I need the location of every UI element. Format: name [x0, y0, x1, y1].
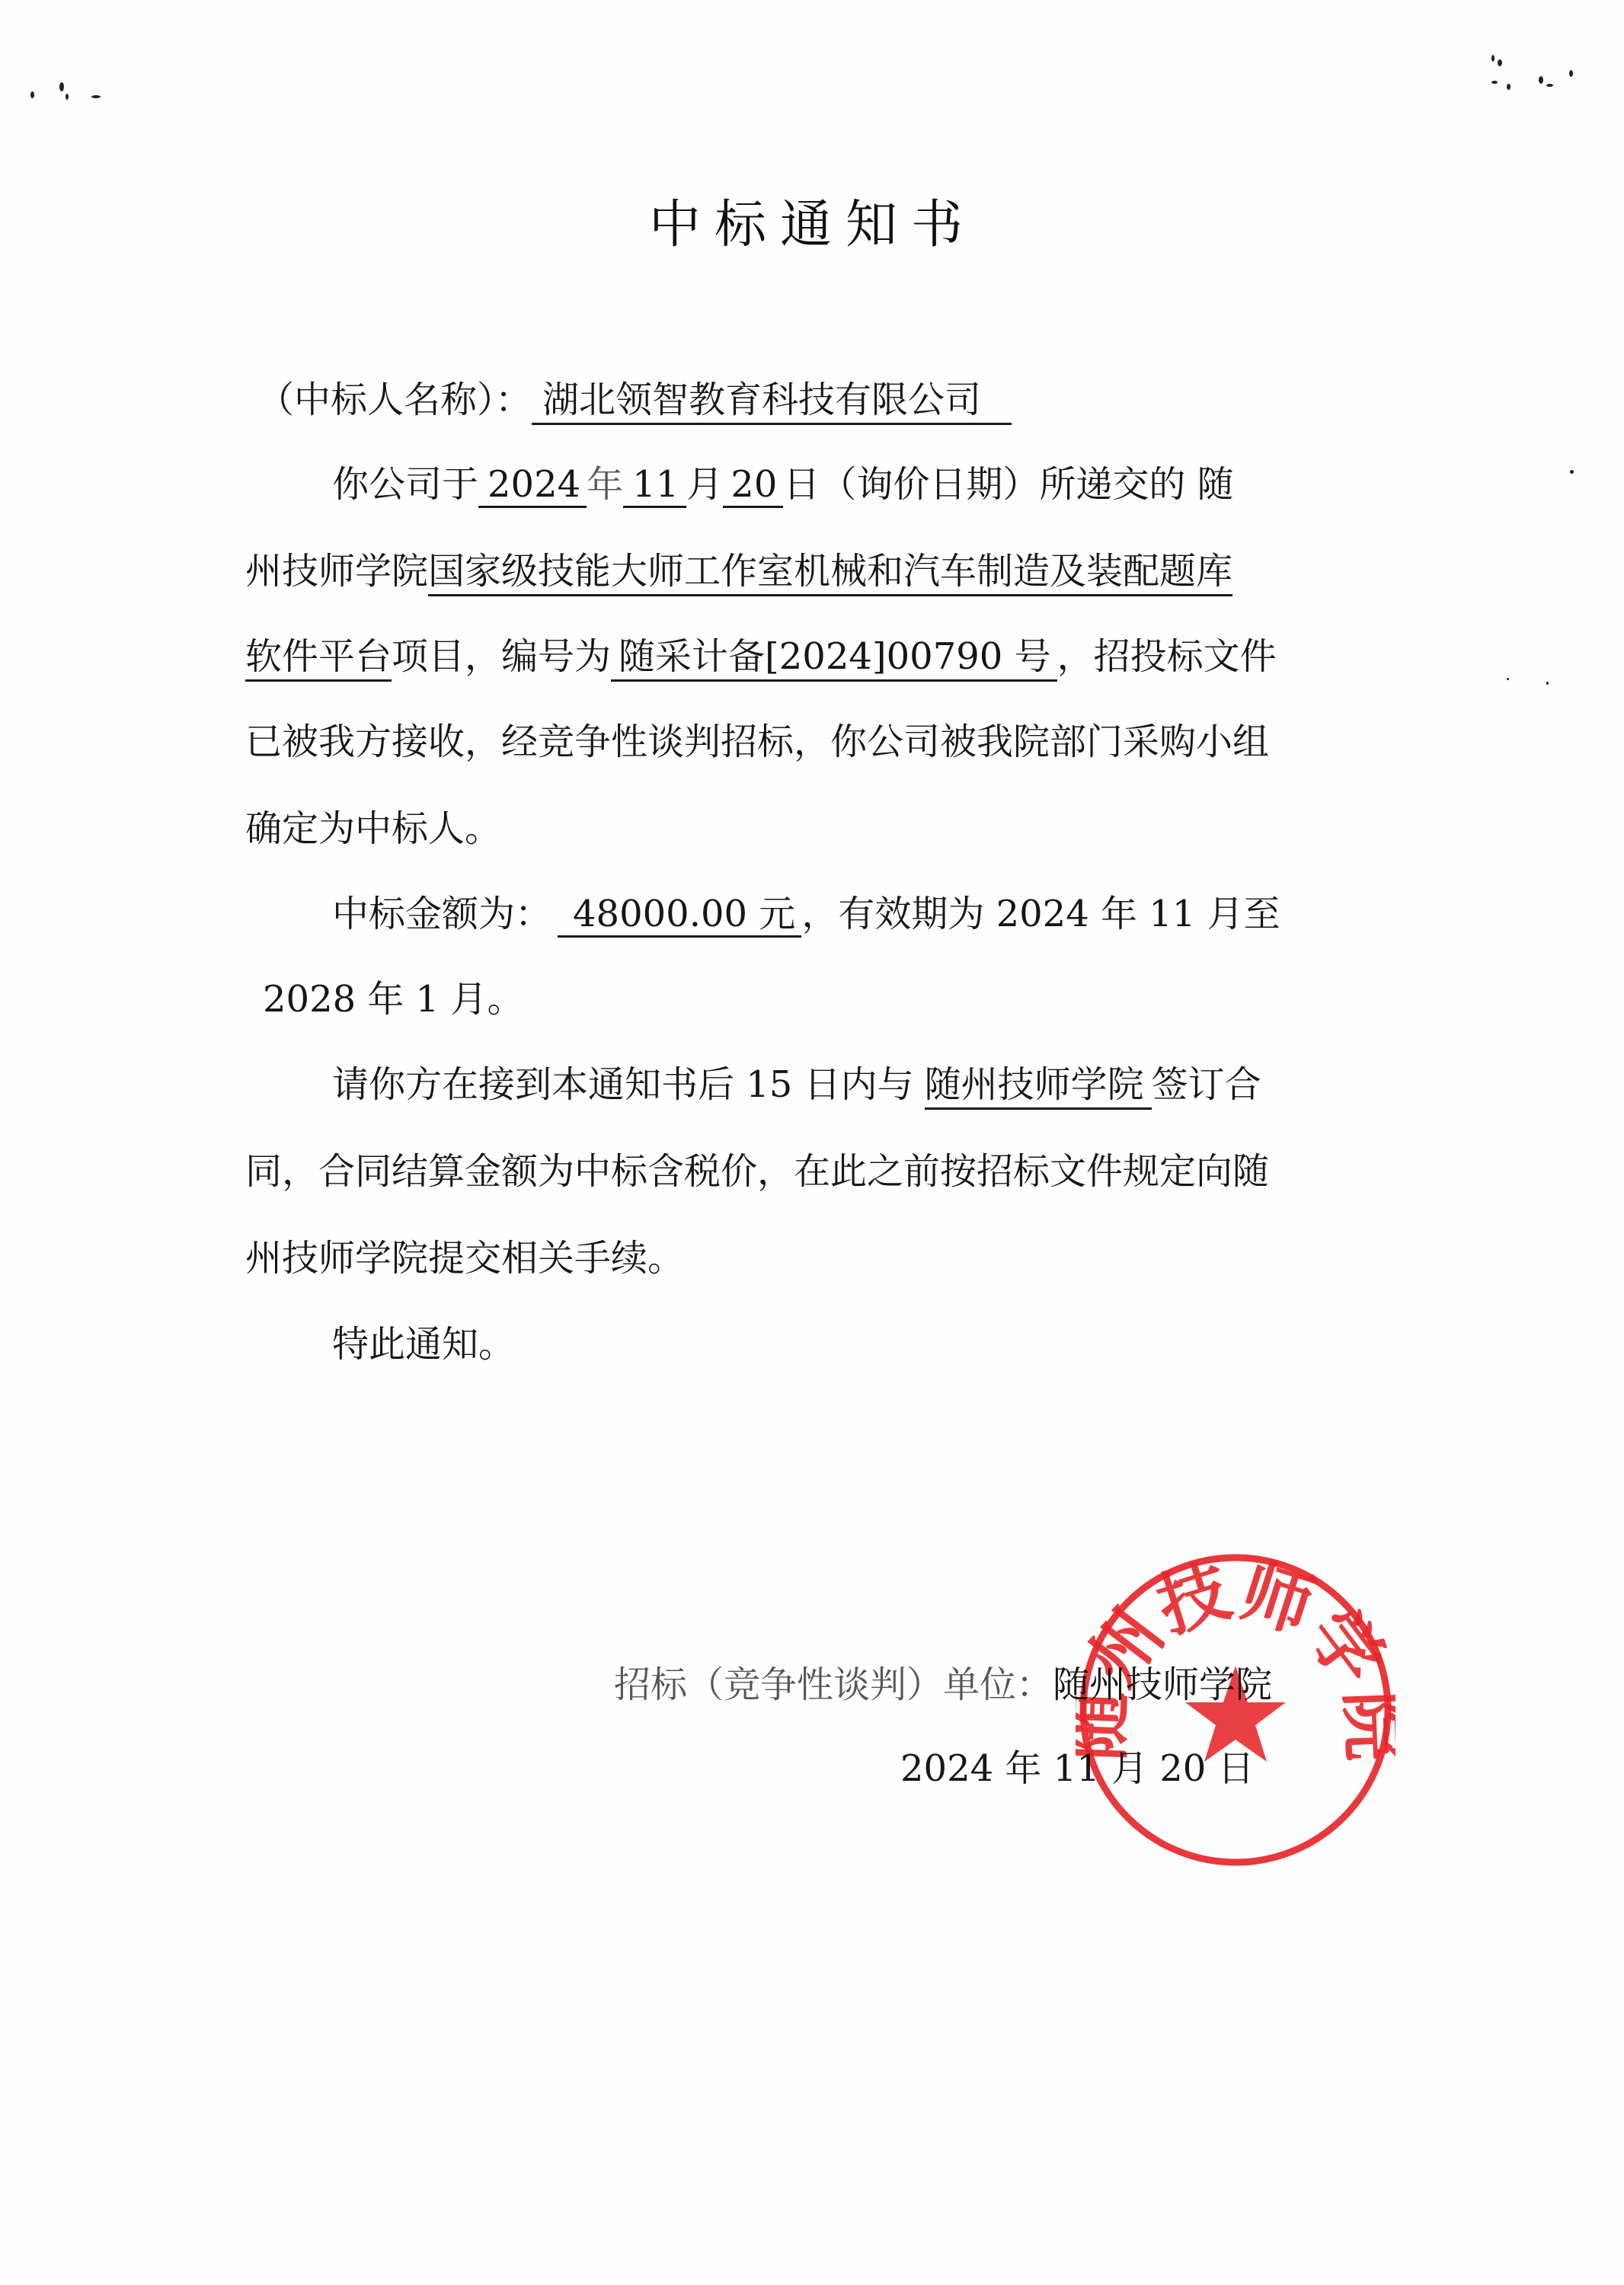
- para1-text: 你公司于: [332, 463, 478, 506]
- para2-text: 中标金额为：: [332, 893, 551, 935]
- signature-unit-line: 招标（竞争性谈判）单位：随州技师学院: [614, 1662, 1272, 1708]
- para3-line2: 同，合同结算金额为中标含税价，在此之前按招标文件规定向随: [245, 1149, 1269, 1194]
- scan-speck: [1569, 70, 1573, 77]
- scan-speck: [91, 95, 101, 98]
- signature-unit-label: 招标（竞争性谈判）单位：: [614, 1663, 1053, 1706]
- para1-text: 项目，编号为: [392, 635, 611, 678]
- winner-name-text: 湖北领智教育科技有限公司: [542, 379, 981, 421]
- winner-name: 湖北领智教育科技有限公司: [532, 379, 1012, 425]
- para1-line2: 州技师学院国家级技能大师工作室机械和汽车制造及装配题库: [245, 548, 1232, 594]
- para3-text: 请你方在接到本通知书后 15 日内与: [332, 1063, 914, 1106]
- para2-line2: 2028 年 1 月。: [263, 976, 523, 1022]
- para1-line1: 你公司于2024年11月20日（询价日期）所递交的 随: [332, 462, 1234, 507]
- project-name-cont: 软件平台: [245, 635, 392, 682]
- scan-speck: [1507, 84, 1511, 90]
- para1-line4: 已被我方接收，经竞争性谈判招标，你公司被我院部门采购小组: [245, 719, 1269, 765]
- signature-date: 2024 年 11 月 20 日: [900, 1746, 1255, 1791]
- winner-line: （中标人名称）：湖北领智教育科技有限公司: [257, 377, 1012, 423]
- para1-text: 州技师学院: [245, 550, 428, 593]
- scan-speck: [1546, 84, 1553, 87]
- scan-speck: [30, 91, 34, 98]
- project-number: 随采计备[2024]00790 号: [611, 635, 1057, 682]
- para1-text: 月: [686, 463, 723, 506]
- project-name: 国家级技能大师工作室机械和汽车制造及装配题库: [428, 550, 1232, 596]
- inquiry-month: 11: [623, 463, 686, 508]
- para2-line1: 中标金额为：48000.00 元，有效期为 2024 年 11 月至: [332, 891, 1280, 937]
- scan-speck: [1539, 76, 1543, 84]
- scan-speck: [1507, 678, 1509, 680]
- seal-text: 随州技师学院: [1076, 1550, 1395, 1762]
- bid-amount: 48000.00 元: [558, 893, 801, 938]
- para3-line1: 请你方在接到本通知书后 15 日内与随州技师学院签订合: [332, 1062, 1261, 1107]
- scan-speck: [1498, 59, 1502, 66]
- scan-speck: [1491, 81, 1498, 84]
- inquiry-year: 2024: [478, 463, 587, 508]
- para1-line5: 确定为中标人。: [245, 806, 501, 852]
- inquiry-day: 20: [723, 463, 783, 508]
- document-title: 中标通知书: [649, 195, 977, 256]
- para2-text: ，有效期为 2024 年 11 月至: [801, 893, 1280, 935]
- document-page: 中标通知书 （中标人名称）：湖北领智教育科技有限公司 你公司于2024年11月2…: [0, 0, 1624, 2285]
- para1-text: ，招投标文件: [1057, 635, 1277, 678]
- closing-text: 特此通知。: [332, 1321, 515, 1367]
- svg-text:随州技师学院: 随州技师学院: [1076, 1550, 1395, 1762]
- official-seal-icon: 随州技师学院: [1076, 1550, 1395, 1870]
- para3-text: 签订合: [1152, 1063, 1261, 1106]
- winner-label: （中标人名称）：: [257, 379, 532, 421]
- para3-line3: 州技师学院提交相关手续。: [245, 1235, 684, 1281]
- para1-text: 年: [587, 463, 623, 506]
- scan-speck: [66, 94, 69, 100]
- scan-speck: [1491, 55, 1495, 62]
- scan-speck: [1546, 682, 1549, 685]
- signature-unit-name: 随州技师学院: [1053, 1663, 1272, 1706]
- contract-party: 随州技师学院: [925, 1063, 1152, 1110]
- scan-speck: [59, 82, 64, 91]
- scan-speck: [1570, 470, 1574, 474]
- para1-text: 日（询价日期）所递交的 随: [783, 463, 1233, 506]
- para1-line3: 软件平台项目，编号为随采计备[2024]00790 号，招投标文件: [245, 634, 1277, 679]
